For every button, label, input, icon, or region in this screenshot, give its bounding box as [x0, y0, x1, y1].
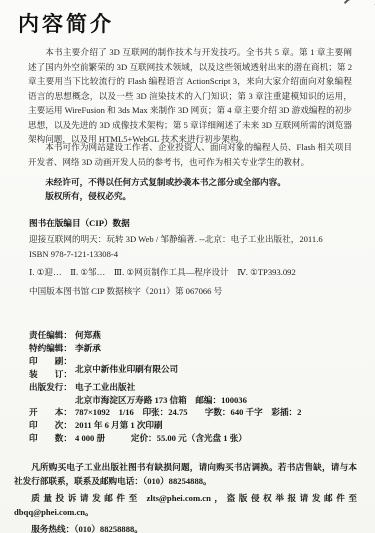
credit-row-editor: 责任编辑：何郑燕 [29, 329, 359, 342]
credit-row-format: 开 本：787×1092 1/16 印张：24.75 字数：640 千字 彩插：… [29, 406, 359, 419]
credit-value: 电子工业出版社 [75, 382, 135, 392]
copyright-page: 内容简介 本书主要介绍了 3D 互联网的制作技术与开发技巧。全书共 5 章。第 … [0, 0, 375, 533]
credit-value: 何郑燕 [75, 330, 101, 340]
cip-classification: Ⅰ. ①迎… Ⅱ. ①邹… Ⅲ. ①网页制作工具—程序设计 Ⅳ. ①TP393.… [29, 265, 355, 280]
credit-value: 787×1092 1/16 印张：24.75 字数：640 千字 彩插：2 [75, 407, 301, 417]
intro-paragraph: 本书主要介绍了 3D 互联网的制作技术与开发技巧。全书共 5 章。第 1 章主要… [28, 45, 352, 147]
credit-row-publisher: 出版发行：电子工业出版社 [29, 381, 359, 394]
credit-row-binding: 装 订：北京中新伟业印刷有限公司 [29, 368, 359, 381]
audience-paragraph: 本书可作为网站建设工作者、企业投资人、面向对象的编程人员、Flash 相关项目开… [28, 140, 352, 169]
credit-label: 装 订： [29, 368, 75, 381]
credit-label: 印 数： [29, 432, 75, 445]
publication-credits: 责任编辑：何郑燕 特约编辑：李新承 印 刷： 装 订：北京中新伟业印刷有限公司 … [29, 329, 359, 445]
credit-value: 北京中新伟业印刷有限公司 [75, 364, 178, 374]
credit-value: 李新承 [75, 343, 101, 353]
purchase-notice: 凡所购买电子工业出版社图书有缺损问题，请向购买书店调换。若书店售缺，请与本社发行… [14, 460, 357, 488]
complaint-emails: 质量投诉请发邮件至 zlts@phei.com.cn，盗版侵权举报请发邮件至 d… [14, 491, 357, 519]
credit-value: 4 000 册 定价：55.00 元（含光盘 1 张） [75, 433, 247, 443]
credit-row-special-editor: 特约编辑：李新承 [29, 342, 359, 355]
cip-record-number: 中国版本图书馆 CIP 数据核字（2011）第 067066 号 [29, 284, 355, 299]
copyright-notice: 未经许可，不得以任何方式复制或抄袭本书之部分或全部内容。 版权所有，侵权必究。 [28, 176, 352, 203]
credit-row-address: 北京市海淀区万寿路 173 信箱 邮编：100036 [29, 394, 359, 407]
cip-bibliographic-line: 迎接互联网的明天：玩转 3D Web / 邹静编著. --北京：电子工业出版社，… [29, 232, 355, 247]
notice-line-2: 版权所有，侵权必究。 [28, 190, 352, 204]
credit-label: 开 本： [29, 406, 75, 419]
notice-line-1: 未经许可，不得以任何方式复制或抄袭本书之部分或全部内容。 [28, 176, 352, 190]
credit-value: 北京市海淀区万寿路 173 信箱 邮编：100036 [75, 395, 247, 405]
scan-artifact [339, 0, 375, 19]
cip-data-block: 图书在版编目（CIP）数据 迎接互联网的明天：玩转 3D Web / 邹静编著.… [29, 217, 355, 298]
credit-row-impression: 印 次：2011 年 6 月第 1 次印刷 [29, 419, 359, 432]
credit-value: 2011 年 6 月第 1 次印刷 [75, 420, 163, 430]
publisher-contact-block: 凡所购买电子工业出版社图书有缺损问题，请向购买书店调换。若书店售缺，请与本社发行… [14, 460, 357, 533]
credit-label: 责任编辑： [29, 329, 75, 342]
credit-row-print-run-price: 印 数：4 000 册 定价：55.00 元（含光盘 1 张） [29, 432, 359, 445]
credit-label: 印 刷： [29, 355, 75, 368]
page-title: 内容简介 [18, 8, 114, 38]
credit-label: 特约编辑： [29, 342, 75, 355]
credit-label: 印 次： [29, 419, 75, 432]
cip-heading: 图书在版编目（CIP）数据 [29, 217, 355, 229]
credit-label: 出版发行： [29, 381, 75, 394]
cip-isbn: ISBN 978-7-121-13308-4 [29, 247, 355, 262]
service-hotline: 服务热线：（010）88258888。 [14, 522, 357, 533]
